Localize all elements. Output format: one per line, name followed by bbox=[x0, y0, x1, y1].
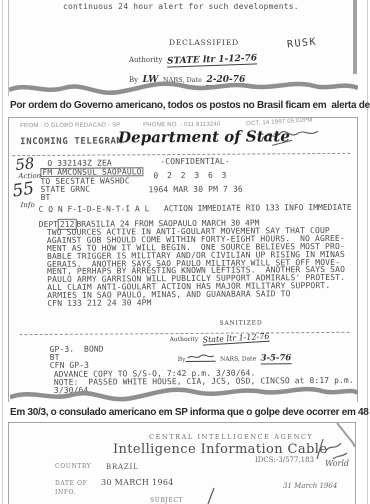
document-incoming-telegram: FROM : O GLOBO REDACAO - SP PHONE NO. : … bbox=[8, 117, 358, 402]
cia-cable-title: Intelligence Information Cable bbox=[113, 442, 327, 457]
country-label: COUNTRY bbox=[55, 463, 91, 470]
document-state-fragment: continuous 24 hour alert for such develo… bbox=[8, 0, 358, 96]
torn-edge-doc2 bbox=[10, 383, 358, 405]
sanitized-authority-label: Authority bbox=[170, 336, 199, 343]
torn-edge-doc1 bbox=[9, 76, 358, 98]
body-line: CFN 133 212 24 30 4PM bbox=[47, 298, 345, 308]
fax-from: FROM : O GLOBO REDACAO - SP bbox=[20, 122, 120, 129]
page-frame-right bbox=[367, 0, 368, 504]
rusk-signature: RUSK bbox=[287, 36, 318, 50]
cia-stamp-word: World bbox=[325, 459, 349, 468]
header-received-stamp: 1964 MAR 30 PM 7 36 bbox=[148, 186, 242, 194]
cia-agency-line: CENTRAL INTELLIGENCE AGENCY bbox=[149, 433, 313, 441]
date-of-label: DATE OF bbox=[55, 480, 87, 487]
doc1-torn-right-edge bbox=[353, 0, 357, 74]
header-bt: BT bbox=[41, 194, 51, 201]
telegram-closing-line: continuous 24 hour alert for such develo… bbox=[63, 2, 299, 11]
margin-info-number: 55 bbox=[11, 179, 35, 202]
page-frame-left bbox=[2, 0, 3, 504]
confidential-action-line: C O N F-I-D-E-N-T-I A L ACTION IMMEDIATE… bbox=[39, 204, 352, 213]
authority-label: Authority bbox=[129, 56, 162, 64]
caption-coup-48h: Em 30/3, o consulado americano em SP inf… bbox=[10, 407, 370, 418]
received-date-stamp: 31 March 1964 bbox=[283, 482, 337, 490]
scanned-documents-montage: continuous 24 hour alert for such develo… bbox=[0, 0, 370, 504]
date-of-info-value: 30 MARCH 1964 bbox=[101, 478, 174, 487]
margin-info-label: Info bbox=[21, 201, 35, 209]
info-label: INFO. bbox=[55, 489, 76, 496]
declassified-title: DECLASSIFIED bbox=[129, 38, 279, 47]
authority-handwriting: STATE ltr 1-12-76 bbox=[167, 53, 257, 67]
document-cia-cable: CENTRAL INTELLIGENCE AGENCY Intelligence… bbox=[8, 422, 356, 504]
country-value: BRAZIL bbox=[106, 463, 139, 471]
idcs-number: IDCS:-3/577,183 bbox=[255, 456, 314, 464]
incoming-telegram-masthead: INCOMING TELEGRAM bbox=[20, 136, 122, 147]
subject-pen-stroke-icon bbox=[204, 487, 218, 504]
subject-label: SUBJECT bbox=[150, 497, 183, 504]
header-dtg-line: O 332143Z ZEA bbox=[47, 159, 112, 167]
caption-alert-24h: Por ordem do Governo americano, todos os… bbox=[10, 100, 370, 111]
sanitized-title: SANITIZED bbox=[219, 319, 319, 327]
masthead-divider bbox=[12, 153, 350, 156]
department-of-state-masthead: Department of State bbox=[118, 127, 290, 146]
header-serial-number: 0 2 2 3 6 3 bbox=[153, 172, 228, 180]
header-classification: -CONFIDENTIAL- bbox=[160, 158, 230, 166]
telegram-body: TWO SOURCES ACTIVE IN ANTI-GOULART MOVEM… bbox=[47, 227, 346, 308]
